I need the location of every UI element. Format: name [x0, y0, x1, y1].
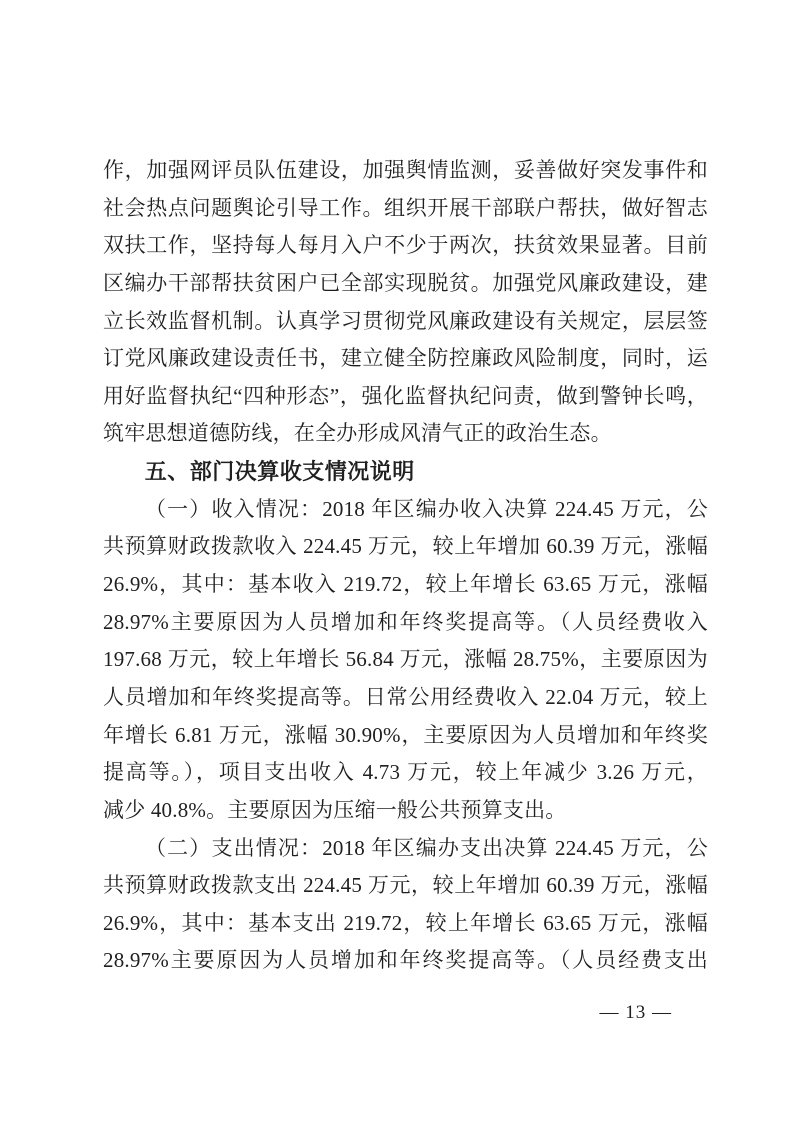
text-line: 人员增加和年终奖提高等。日常公用经费收入 22.04 万元，较上 — [103, 679, 708, 717]
text-line: 社会热点问题舆论引导工作。组织开展干部联户帮扶，做好智志 — [103, 190, 708, 228]
text-line: （二）支出情况：2018 年区编办支出决算 224.45 万元，公 — [103, 830, 708, 868]
text-line: 26.9%，其中：基本支出 219.72，较上年增长 63.65 万元，涨幅 — [103, 905, 708, 943]
text-line: 减少 40.8%。主要原因为压缩一般公共预算支出。 — [103, 792, 708, 830]
page-number: — 13 — — [600, 1000, 673, 1026]
text-line: （一）收入情况：2018 年区编办收入决算 224.45 万元，公 — [103, 491, 708, 529]
text-line: 立长效监督机制。认真学习贯彻党风廉政建设有关规定，层层签 — [103, 303, 708, 341]
document-page: 作，加强网评员队伍建设，加强舆情监测，妥善做好突发事件和 社会热点问题舆论引导工… — [0, 0, 793, 1122]
text-line: 作，加强网评员队伍建设，加强舆情监测，妥善做好突发事件和 — [103, 152, 708, 190]
text-line: 197.68 万元，较上年增长 56.84 万元，涨幅 28.75%，主要原因为 — [103, 641, 708, 679]
text-line: 28.97%主要原因为人员增加和年终奖提高等。（人员经费收入 — [103, 604, 708, 642]
text-line: 28.97%主要原因为人员增加和年终奖提高等。（人员经费支出 — [103, 942, 708, 980]
text-line: 筑牢思想道德防线，在全办形成风清气正的政治生态。 — [103, 415, 708, 453]
text-line: 共预算财政拨款支出 224.45 万元，较上年增加 60.39 万元，涨幅 — [103, 867, 708, 905]
text-line: 年增长 6.81 万元，涨幅 30.90%，主要原因为人员增加和年终奖 — [103, 717, 708, 755]
text-line: 用好监督执纪“四种形态”，强化监督执纪问责，做到警钟长鸣， — [103, 378, 708, 416]
section-heading: 五、部门决算收支情况说明 — [103, 453, 708, 491]
text-line: 双扶工作，坚持每人每月入户不少于两次，扶贫效果显著。目前 — [103, 227, 708, 265]
document-body: 作，加强网评员队伍建设，加强舆情监测，妥善做好突发事件和 社会热点问题舆论引导工… — [103, 152, 708, 980]
text-line: 区编办干部帮扶贫困户已全部实现脱贫。加强党风廉政建设，建 — [103, 265, 708, 303]
text-line: 共预算财政拨款收入 224.45 万元，较上年增加 60.39 万元，涨幅 — [103, 528, 708, 566]
text-line: 26.9%，其中：基本收入 219.72，较上年增长 63.65 万元，涨幅 — [103, 566, 708, 604]
text-line: 订党风廉政建设责任书，建立健全防控廉政风险制度，同时，运 — [103, 340, 708, 378]
text-line: 提高等。），项目支出收入 4.73 万元，较上年减少 3.26 万元， — [103, 754, 708, 792]
